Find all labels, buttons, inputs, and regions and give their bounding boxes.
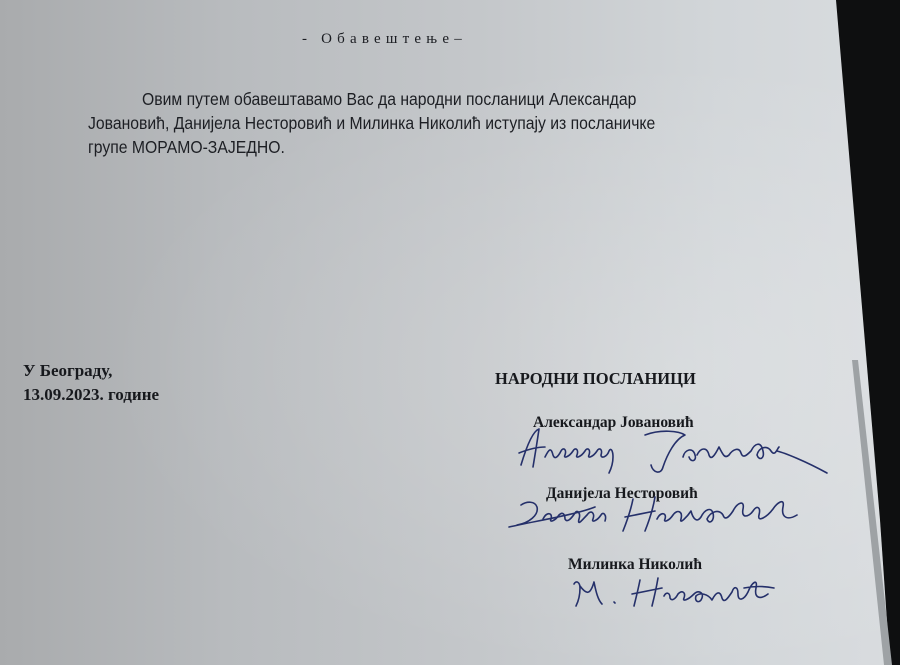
document-heading: - Обавештење–	[302, 31, 467, 48]
signatories-title: НАРОДНИ ПОСЛАНИЦИ	[495, 369, 696, 389]
date-label: 13.09.2023. године	[23, 385, 159, 405]
signature-2-icon	[505, 493, 825, 538]
place-label: У Београду,	[23, 361, 112, 381]
photo-stage: - Обавештење– Овим путем обавештавамо Ва…	[0, 0, 900, 665]
body-line-1: Овим путем обавештавамо Вас да народни п…	[142, 89, 636, 110]
signature-1-icon	[515, 425, 835, 480]
body-line-2: Јовановић, Данијела Несторовић и Милинка…	[88, 113, 655, 134]
signature-3-icon	[568, 572, 788, 612]
body-line-3: групе МОРАМО-ЗАЈЕДНО.	[88, 137, 285, 158]
